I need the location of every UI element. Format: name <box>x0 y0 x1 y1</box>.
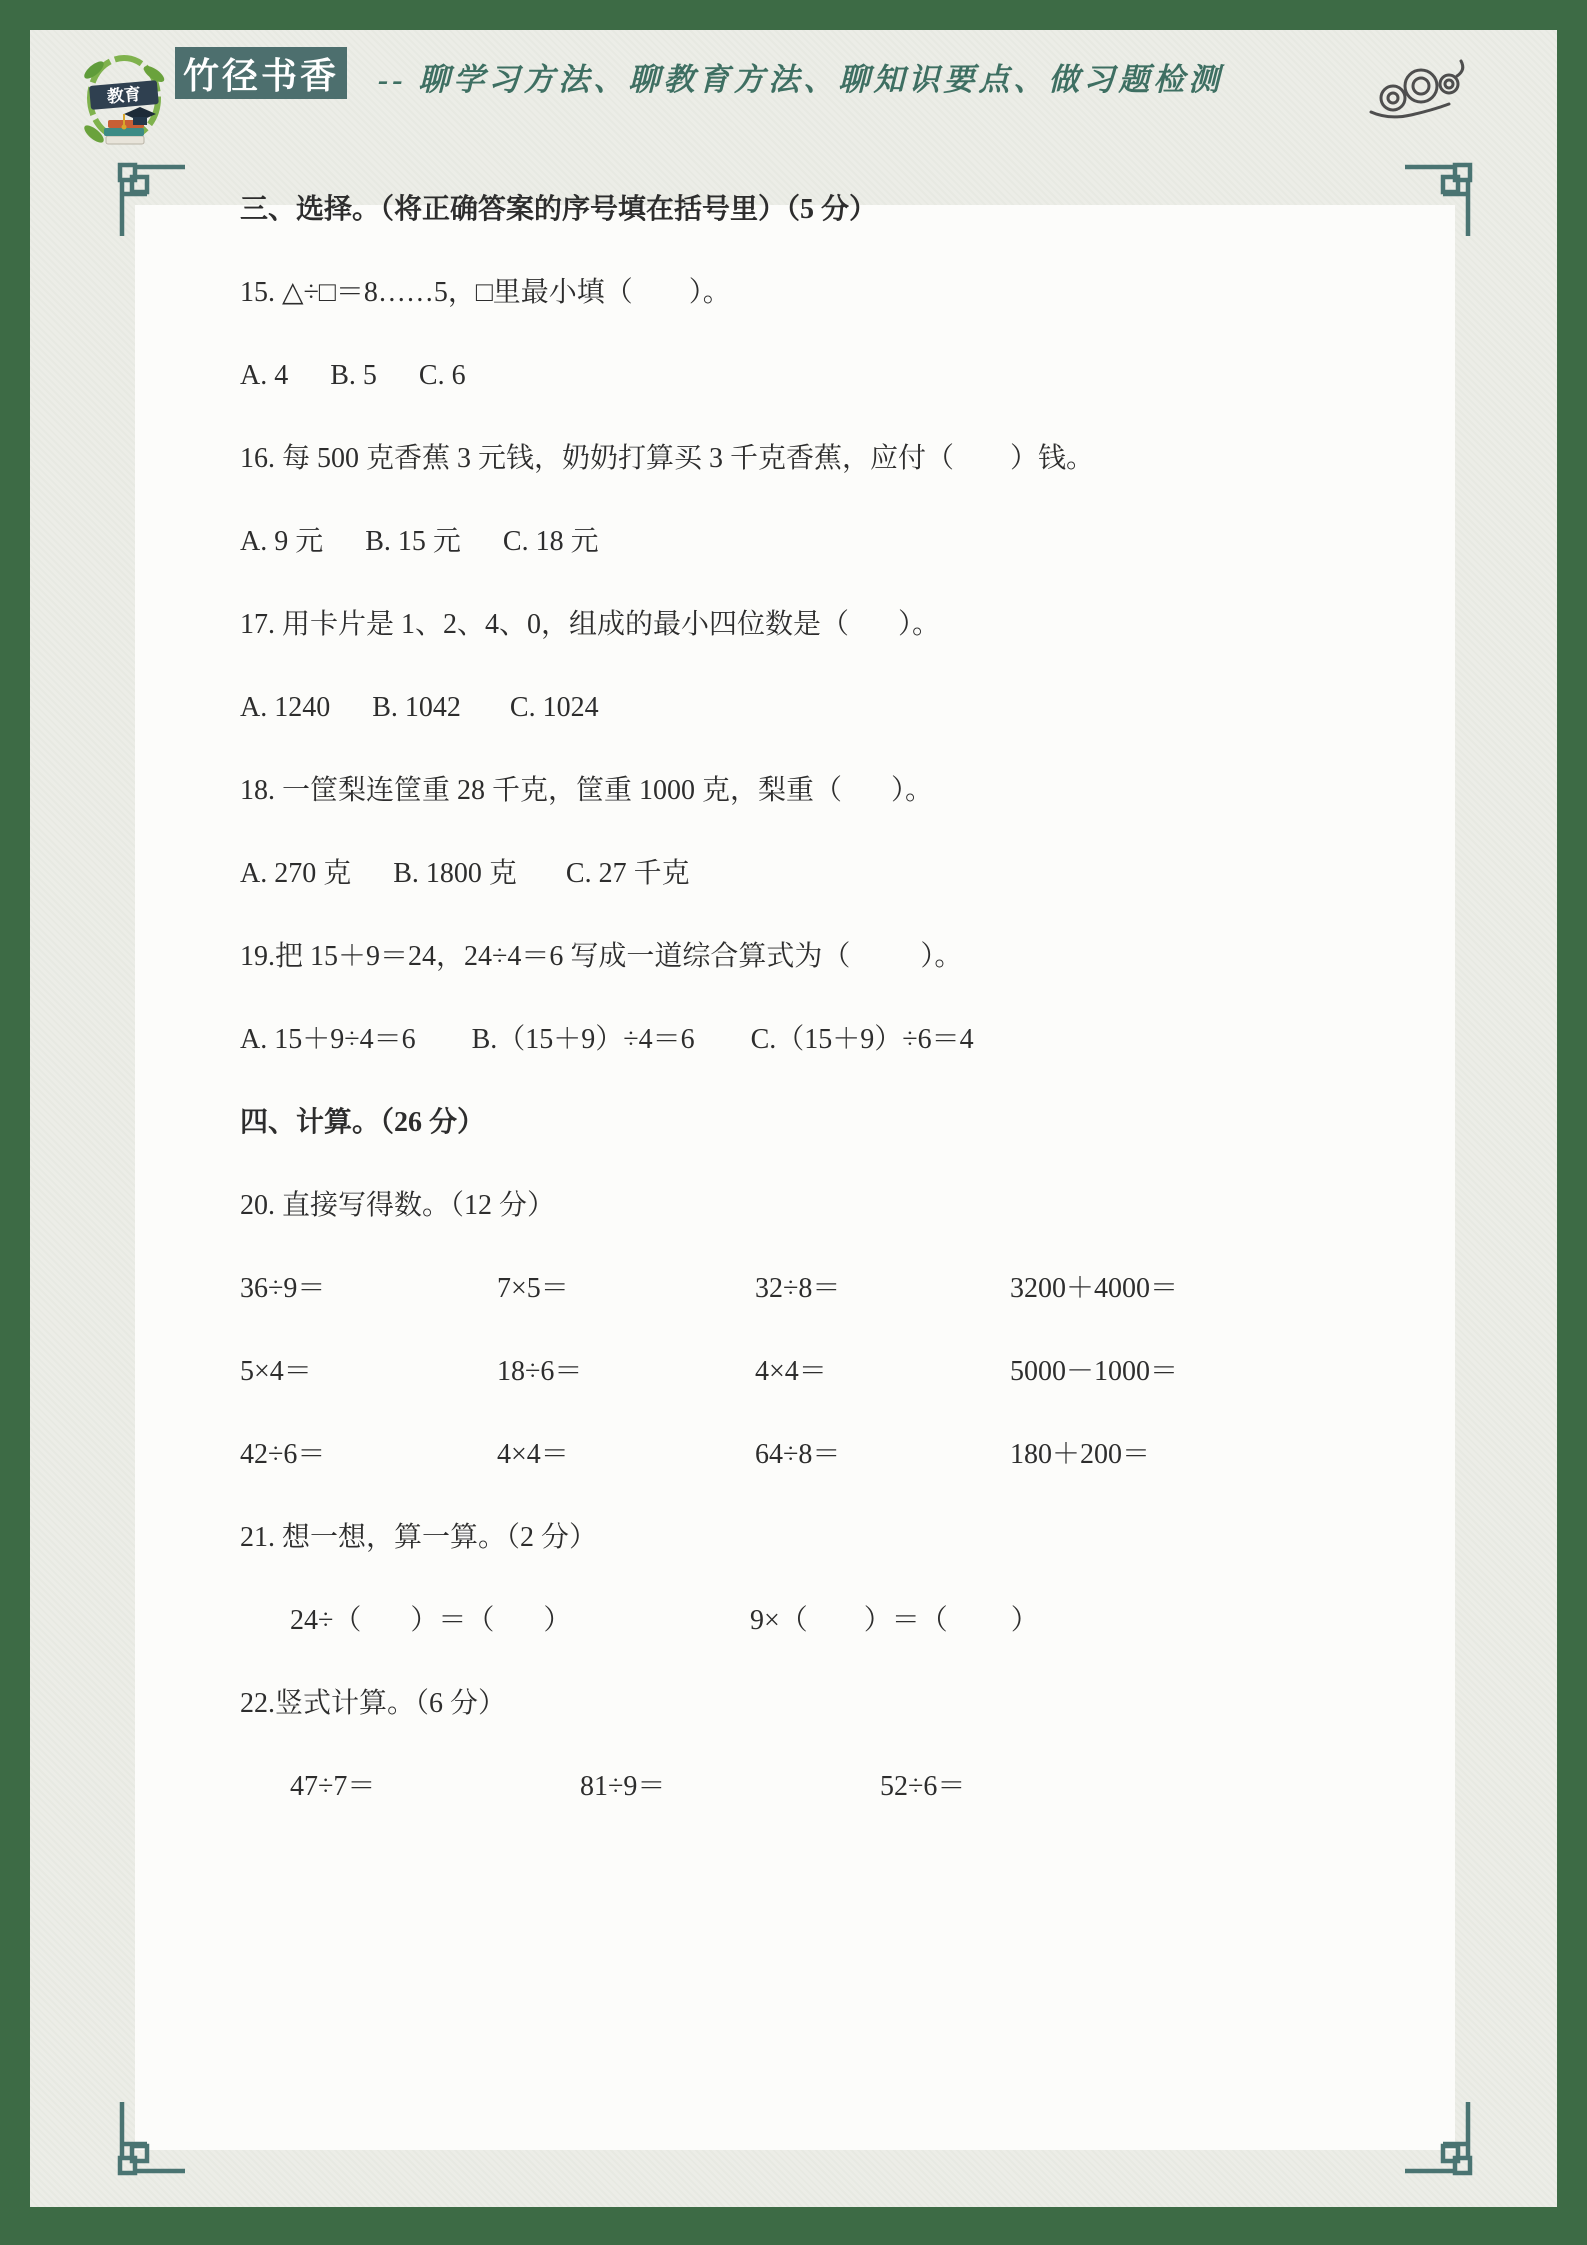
calc-item: 36÷9＝ <box>240 1272 497 1306</box>
worksheet-page: { "header": { "logo_badge": "教育", "brand… <box>0 0 1587 2245</box>
question-19-text: 19.把 15＋9＝24，24÷4＝6 写成一道综合算式为（ ）。 <box>240 940 1440 974</box>
fill-item: 24÷（ ）＝（ ） <box>290 1604 750 1638</box>
question-16-text: 16. 每 500 克香蕉 3 元钱，奶奶打算买 3 千克香蕉，应付（ ）钱。 <box>240 442 1440 476</box>
section-4-title-suffix: 分） <box>422 1107 485 1138</box>
header-tagline: -- 聊学习方法、聊教育方法、聊知识要点、做习题检测 <box>378 54 1223 99</box>
calc-item: 64÷8＝ <box>755 1438 1010 1472</box>
logo-badge-text: 教育 <box>106 84 142 107</box>
question-22-text: 22.竖式计算。（6 分） <box>240 1687 1440 1721</box>
calc-row-2: 5×4＝ 18÷6＝ 4×4＝ 5000－1000＝ <box>240 1355 1440 1389</box>
section-4-title-prefix: 四、计算。（ <box>240 1107 394 1138</box>
question-20-text: 20. 直接写得数。（12 分） <box>240 1189 1440 1223</box>
question-18-text: 18. 一筐梨连筐重 28 千克，筐重 1000 克，梨重（ ）。 <box>240 774 1440 808</box>
calc-item: 3200＋4000＝ <box>1010 1272 1440 1306</box>
calc-item: 18÷6＝ <box>497 1355 755 1389</box>
corner-fret-bottom-left-icon <box>113 2102 185 2180</box>
calc-item: 7×5＝ <box>497 1272 755 1306</box>
question-22-items: 47÷7＝ 81÷9＝ 52÷6＝ <box>240 1770 1440 1804</box>
corner-fret-bottom-right-icon <box>1405 2102 1477 2180</box>
calc-item: 4×4＝ <box>755 1355 1010 1389</box>
section-3-title-suffix: 分） <box>814 194 877 225</box>
vert-item: 52÷6＝ <box>880 1770 1440 1804</box>
question-18-options: A. 270 克 B. 1800 克 C. 27 千克 <box>240 857 1440 891</box>
calc-item: 4×4＝ <box>497 1438 755 1472</box>
fill-item: 9×（ ）＝（ ） <box>750 1604 1440 1638</box>
paper-page: 教育 竹径书香 -- 聊学习方法、聊教育方法、聊知识要点、做习题检测 <box>30 30 1557 2207</box>
calc-item: 5000－1000＝ <box>1010 1355 1440 1389</box>
section-3-title: 三、选择。（将正确答案的序号填在括号里）（5 分） <box>240 193 1440 227</box>
question-17-text: 17. 用卡片是 1、2、4、0，组成的最小四位数是（ ）。 <box>240 608 1440 642</box>
vert-item: 81÷9＝ <box>580 1770 880 1804</box>
question-15-options: A. 4 B. 5 C. 6 <box>240 359 1440 393</box>
corner-fret-top-left-icon <box>113 158 185 236</box>
calc-item: 42÷6＝ <box>240 1438 497 1472</box>
brand-title: 竹径书香 <box>175 47 347 99</box>
calc-item: 32÷8＝ <box>755 1272 1010 1306</box>
question-21-blanks: 24÷（ ）＝（ ） 9×（ ）＝（ ） <box>240 1604 1440 1638</box>
section-4-title: 四、计算。（26 分） <box>240 1106 1440 1140</box>
exam-content: 三、选择。（将正确答案的序号填在括号里）（5 分） 15. △÷□＝8……5，□… <box>240 193 1440 1853</box>
calc-item: 180＋200＝ <box>1010 1438 1440 1472</box>
question-17-options: A. 1240 B. 1042 C. 1024 <box>240 691 1440 725</box>
question-16-options: A. 9 元 B. 15 元 C. 18 元 <box>240 525 1440 559</box>
section-4-score: 26 <box>394 1107 422 1138</box>
vert-item: 47÷7＝ <box>290 1770 580 1804</box>
section-3-score: 5 <box>800 194 814 225</box>
section-3-title-prefix: 三、选择。（将正确答案的序号填在括号里）（ <box>240 194 800 225</box>
question-21-text: 21. 想一想，算一算。（2 分） <box>240 1521 1440 1555</box>
question-15-text: 15. △÷□＝8……5，□里最小填（ ）。 <box>240 276 1440 310</box>
calc-row-3: 42÷6＝ 4×4＝ 64÷8＝ 180＋200＝ <box>240 1438 1440 1472</box>
question-19-options: A. 15＋9÷4＝6 B.（15＋9）÷4＝6 C.（15＋9）÷6＝4 <box>240 1023 1440 1057</box>
brand-title-text: 竹径书香 <box>183 48 339 99</box>
calc-item: 5×4＝ <box>240 1355 497 1389</box>
brand-logo-icon: 教育 <box>82 52 166 150</box>
calc-row-1: 36÷9＝ 7×5＝ 32÷8＝ 3200＋4000＝ <box>240 1272 1440 1306</box>
cloud-ornament-icon <box>1365 58 1469 124</box>
